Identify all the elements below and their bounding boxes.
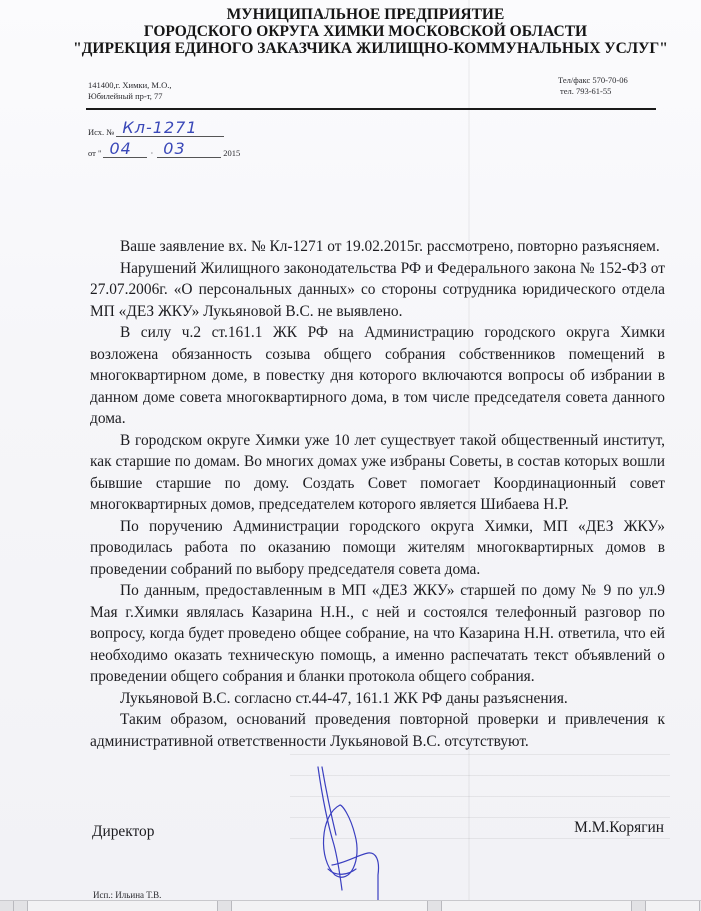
- viewer-cell: [442, 901, 632, 911]
- letterhead-line-3: "ДИРЕКЦИЯ ЕДИНОГО ЗАКАЗЧИКА ЖИЛИЩНО-КОММ…: [0, 40, 701, 57]
- paragraph: Нарушений Жилищного законодательства РФ …: [90, 258, 665, 323]
- date-day-handwritten: 04: [103, 141, 147, 158]
- viewer-cell: [0, 901, 14, 911]
- outgoing-number-handwritten: Кл-1271: [116, 120, 224, 137]
- letterhead-address: 141400,г. Химки, М.О., Юбилейный пр-т, 7…: [88, 80, 171, 102]
- letter-body: Ваше заявление вх. № Кл-1271 от 19.02.20…: [90, 236, 665, 752]
- letterhead-line-1: МУНИЦИПАЛЬНОЕ ПРЕДПРИЯТИЕ: [0, 6, 701, 23]
- handwritten-signature-icon: [300, 765, 420, 900]
- signatory-title: Директор: [92, 823, 154, 841]
- letterhead-divider: [86, 108, 656, 110]
- paragraph: Лукьяновой В.С. согласно ст.44-47, 161.1…: [90, 688, 665, 710]
- paragraph: По поручению Администрации городского ок…: [90, 516, 665, 581]
- date-separator: ·: [150, 148, 153, 158]
- paragraph: В городском округе Химки уже 10 лет суще…: [90, 430, 665, 516]
- phone: тел. 793-61-55: [558, 86, 628, 97]
- outgoing-number: Исх. № Кл-1271: [88, 120, 224, 137]
- date-year: 2015: [223, 148, 240, 158]
- paragraph: Ваше заявление вх. № Кл-1271 от 19.02.20…: [90, 236, 665, 258]
- viewer-cell: [218, 901, 232, 911]
- letterhead-line-2: ГОРОДСКОГО ОКРУГА ХИМКИ МОСКОВСКОЙ ОБЛАС…: [0, 23, 701, 40]
- viewer-cell: [646, 901, 700, 911]
- paragraph: По данным, предоставленным в МП «ДЕЗ ЖКУ…: [90, 580, 665, 688]
- address-line-2: Юбилейный пр-т, 77: [88, 91, 171, 102]
- signatory-name: М.М.Корягин: [574, 819, 664, 837]
- viewer-cell: [14, 901, 28, 911]
- scanned-letter-page: МУНИЦИПАЛЬНОЕ ПРЕДПРИЯТИЕ ГОРОДСКОГО ОКР…: [0, 0, 701, 900]
- viewer-cell: [232, 901, 428, 911]
- outgoing-number-label: Исх. №: [88, 127, 114, 137]
- viewer-cell: [632, 901, 646, 911]
- date-month-handwritten: 03: [157, 141, 221, 158]
- executor-note: Исп.: Ильина Т.В.: [93, 890, 161, 900]
- phone-fax: Тел/факс 570-70-06: [558, 75, 628, 86]
- address-line-1: 141400,г. Химки, М.О.,: [88, 80, 171, 91]
- viewer-bottom-bar: [0, 900, 701, 911]
- viewer-cell: [28, 901, 218, 911]
- letterhead-contacts: Тел/факс 570-70-06 тел. 793-61-55: [558, 75, 628, 97]
- outgoing-date: от " 04 · 03 2015: [88, 141, 240, 158]
- date-prefix: от ": [88, 148, 101, 158]
- viewer-cell: [428, 901, 442, 911]
- paragraph: В силу ч.2 ст.161.1 ЖК РФ на Администрац…: [90, 322, 665, 430]
- letterhead-organization: МУНИЦИПАЛЬНОЕ ПРЕДПРИЯТИЕ ГОРОДСКОГО ОКР…: [0, 6, 701, 57]
